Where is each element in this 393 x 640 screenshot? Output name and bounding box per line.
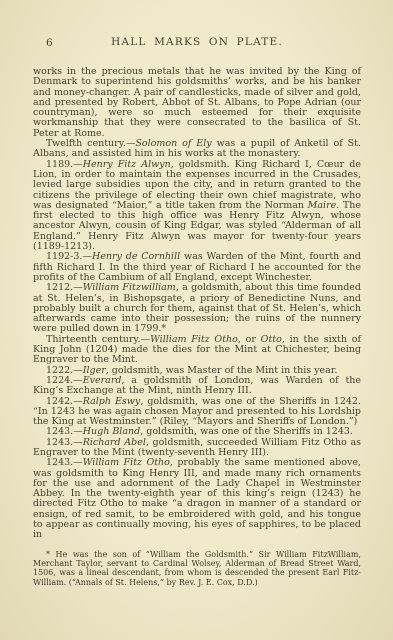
paragraph: Thirteenth century.—William Fitz Otho, o… xyxy=(33,335,361,366)
page-header: 6 HALL MARKS ON PLATE. xyxy=(33,36,361,51)
paragraph: 1243.—Richard Abel, goldsmith, succeeded… xyxy=(33,438,361,459)
body-text: works in the precious metals that he was… xyxy=(33,66,361,139)
paragraph: works in the precious metals that he was… xyxy=(33,67,361,139)
paragraph: 1192-3.—Henry de Cornhill was Warden of … xyxy=(33,252,361,283)
footnote: * He was the son of “William the Goldsmi… xyxy=(33,550,361,588)
body-paragraphs: works in the precious metals that he was… xyxy=(33,67,361,541)
page-number: 6 xyxy=(46,37,53,49)
book-page: 6 HALL MARKS ON PLATE. works in the prec… xyxy=(0,0,393,640)
running-title: HALL MARKS ON PLATE. xyxy=(33,36,361,48)
body-text: , probably the same mentioned above, was… xyxy=(33,457,361,540)
paragraph: 1189.—Henry Fitz Alwyn, goldsmith. King … xyxy=(33,160,361,253)
paragraph: Twelfth century.—Solomon of Ely was a pu… xyxy=(33,139,361,160)
paragraph: 1243.—William Fitz Otho, probably the sa… xyxy=(33,458,361,540)
paragraph: 1242.—Ralph Eswy, goldsmith, was one of … xyxy=(33,397,361,428)
paragraph: 1212.—William Fitzwilliam, a goldsmith, … xyxy=(33,283,361,334)
paragraph: 1224.—Everard, a goldsmith of London, wa… xyxy=(33,376,361,397)
